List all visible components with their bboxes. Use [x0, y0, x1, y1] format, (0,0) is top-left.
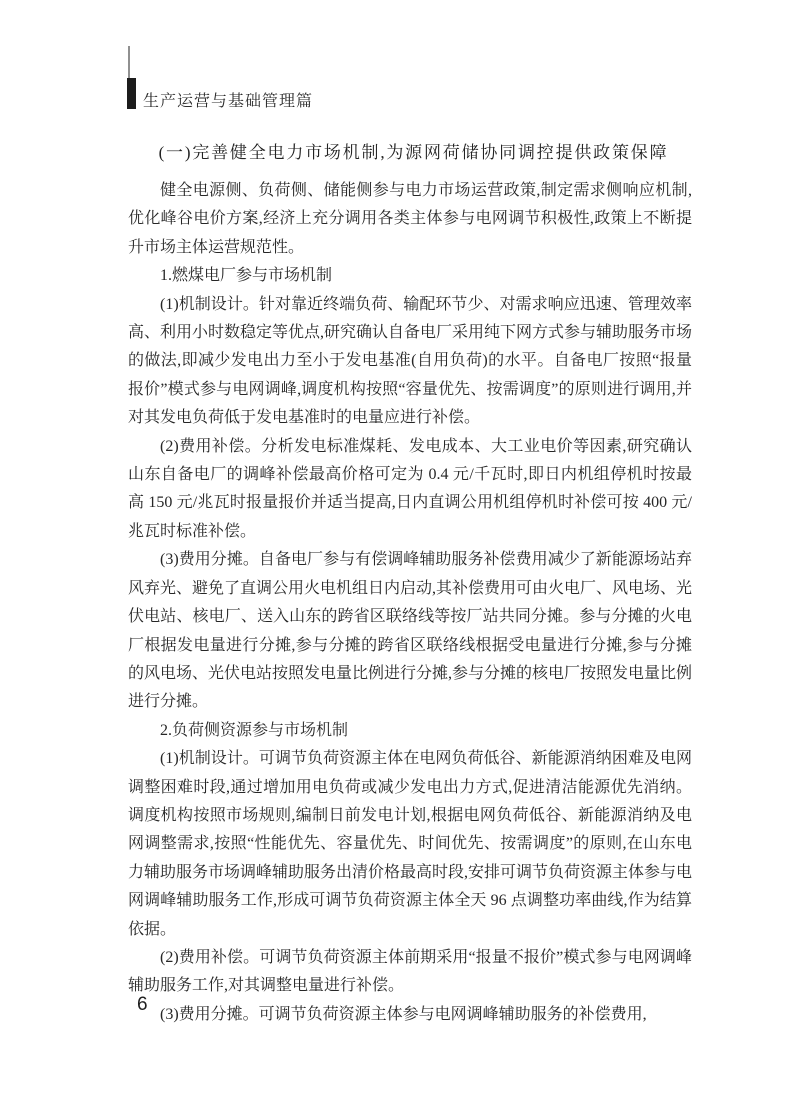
body-paragraph: (3)费用分摊。自备电厂参与有偿调峰辅助服务补偿费用减少了新能源场站弃风弃光、避…	[128, 546, 692, 716]
body-paragraph: (1)机制设计。可调节负荷资源主体在电网负荷低谷、新能源消纳困难及电网调整困难时…	[128, 745, 692, 944]
chapter-marker-bar	[127, 78, 136, 109]
body-paragraph: (3)费用分摊。可调节负荷资源主体参与电网调峰辅助服务的补偿费用,	[128, 1001, 692, 1029]
body-paragraph: (2)费用补偿。分析发电标准煤耗、发电成本、大工业电价等因素,研究确认山东自备电…	[128, 433, 692, 547]
paragraphs: 健全电源侧、负荷侧、储能侧参与电力市场运营政策,制定需求侧响应机制,优化峰谷电价…	[128, 177, 692, 1029]
body-paragraph: 健全电源侧、负荷侧、储能侧参与电力市场运营政策,制定需求侧响应机制,优化峰谷电价…	[128, 177, 692, 262]
page-number: 6	[137, 994, 148, 1016]
section-title: (一)完善健全电力市场机制,为源网荷储协同调控提供政策保障	[128, 138, 694, 163]
body-paragraph: (1)机制设计。针对靠近终端负荷、输配环节少、对需求响应迅速、管理效率高、利用小…	[128, 291, 692, 433]
chapter-label: 生产运营与基础管理篇	[143, 88, 313, 111]
sub-section-heading: 2.负荷侧资源参与市场机制	[128, 717, 692, 745]
sub-section-heading: 1.燃煤电厂参与市场机制	[128, 262, 692, 290]
body-paragraph: (2)费用补偿。可调节负荷资源主体前期采用“报量不报价”模式参与电网调峰辅助服务…	[128, 944, 692, 1001]
book-page: 生产运营与基础管理篇 (一)完善健全电力市场机制,为源网荷储协同调控提供政策保障…	[0, 0, 800, 1118]
chapter-marker-line	[128, 46, 130, 78]
